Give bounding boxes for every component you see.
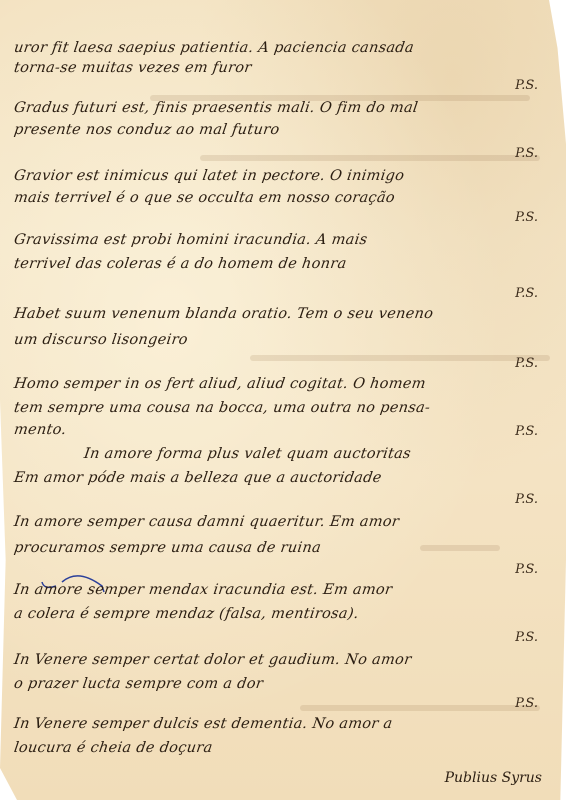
manuscript-page: uror fit laesa saepius patientia. A paci… <box>0 0 566 800</box>
text-line: torna-se muitas vezes em furor <box>13 60 253 76</box>
text-line: um discurso lisongeiro <box>13 332 189 348</box>
text-line: In amore semper causa damni quaeritur. E… <box>13 514 400 530</box>
text-line: In Venere semper certat dolor et gaudium… <box>13 652 413 668</box>
text-line: mais terrivel é o que se occulta em noss… <box>13 190 396 206</box>
text-line: o prazer lucta sempre com a dor <box>13 676 264 692</box>
text-line: In Venere semper dulcis est dementia. No… <box>13 716 394 732</box>
initials: P.S. <box>515 696 538 711</box>
text-line: Habet suum venenum blanda oratio. Tem o … <box>13 306 435 322</box>
text-line: terrivel das coleras é a do homem de hon… <box>13 256 348 272</box>
text-line: Gravissima est probi homini iracundia. A… <box>13 232 369 248</box>
initials: P.S. <box>515 356 538 371</box>
initials: P.S. <box>515 492 538 507</box>
text-line: loucura é cheia de doçura <box>13 740 214 756</box>
initials: P.S. <box>515 78 538 93</box>
bleed-through <box>420 545 500 551</box>
text-line: Gradus futuri est, finis praesentis mali… <box>13 100 419 116</box>
text-line: mento. <box>13 422 68 438</box>
text-line: uror fit laesa saepius patientia. A paci… <box>13 40 415 56</box>
text-line: presente nos conduz ao mal futuro <box>13 122 281 138</box>
bleed-through <box>300 705 540 711</box>
initials: P.S. <box>515 210 538 225</box>
text-line: In amore semper mendax iracundia est. Em… <box>13 582 393 598</box>
text-line: tem sempre uma cousa na bocca, uma outra… <box>13 400 431 416</box>
text-line: Homo semper in os fert aliud, aliud cogi… <box>13 376 427 392</box>
bleed-through <box>250 355 550 361</box>
text-line: Em amor póde mais a belleza que a auctor… <box>13 470 383 486</box>
initials: P.S. <box>515 630 538 645</box>
initials: P.S. <box>515 286 538 301</box>
bleed-through <box>200 155 540 161</box>
text-line: Gravior est inimicus qui latet in pector… <box>13 168 405 184</box>
initials: P.S. <box>515 562 538 577</box>
initials: P.S. <box>515 424 538 439</box>
initials: P.S. <box>515 146 538 161</box>
text-line: In amore forma plus valet quam auctorita… <box>83 446 412 462</box>
text-line: a colera é sempre mendaz (falsa, mentiro… <box>13 606 360 622</box>
text-line: procuramos sempre uma causa de ruina <box>13 540 322 556</box>
signature: Publius Syrus <box>445 770 542 786</box>
